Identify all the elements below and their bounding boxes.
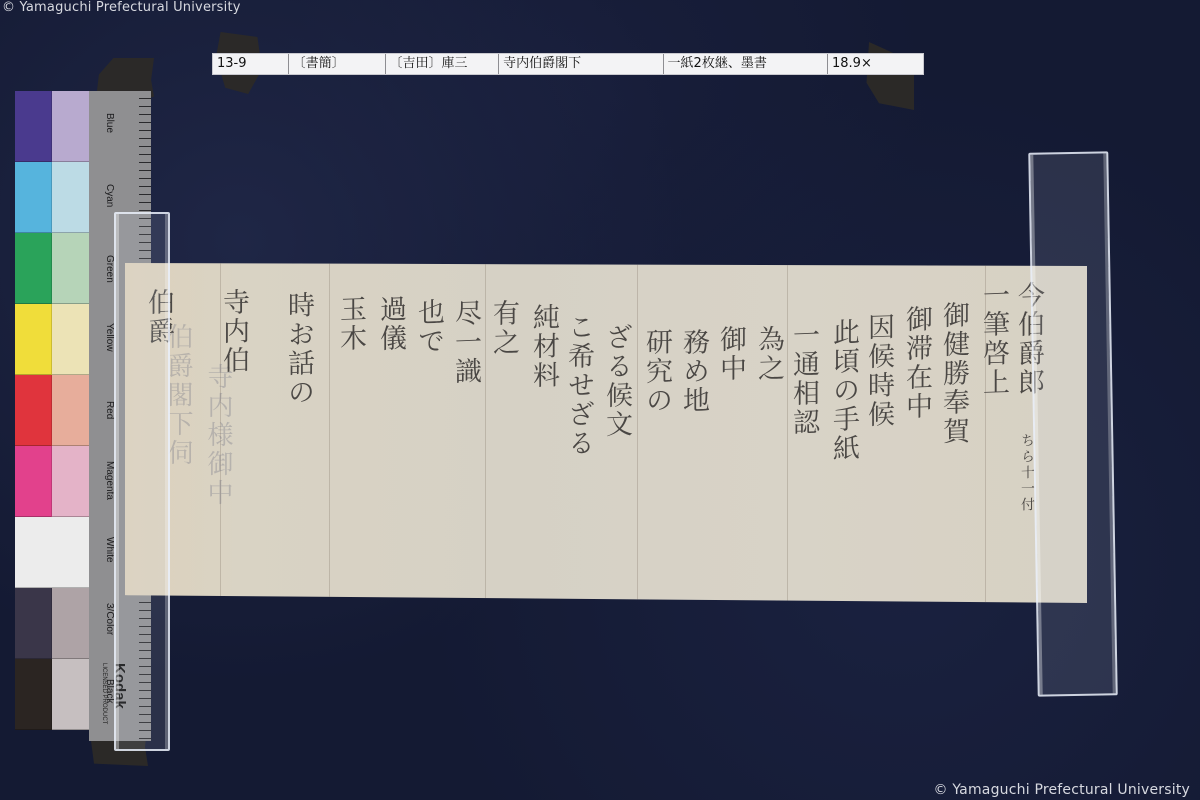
ink-column-13: こ希せざる bbox=[565, 313, 592, 459]
ink-column-21: 寺内伯 bbox=[220, 288, 247, 376]
patch-label-blue: Blue bbox=[87, 113, 115, 133]
ink-column-15: 有之 bbox=[490, 299, 517, 358]
ink-column-20: 時お話の bbox=[285, 291, 312, 408]
ink-column-5: 因候時候 bbox=[865, 313, 892, 430]
kodak-licensed-text: LICENSED PRODUCT bbox=[101, 663, 107, 724]
swatch-red bbox=[15, 375, 90, 446]
ink-column-9: 御中 bbox=[717, 325, 744, 384]
swatch-white bbox=[15, 517, 90, 588]
label-format: 一紙2枚継、墨書 bbox=[664, 54, 828, 74]
label-sender: 〔吉田〕庫三 bbox=[386, 54, 500, 74]
swatch-magenta bbox=[15, 446, 90, 517]
color-calibration-chart bbox=[15, 91, 90, 731]
swatch-blue bbox=[15, 91, 90, 162]
ink-column-11: 研究の bbox=[643, 328, 670, 416]
patch-label-magenta: Magenta bbox=[87, 461, 115, 500]
label-type: 〔書簡〕 bbox=[289, 54, 386, 74]
paper-fold bbox=[329, 263, 330, 603]
patch-label-white: White bbox=[87, 537, 115, 563]
copyright-watermark-bottom: © Yamaguchi Prefectural University bbox=[934, 782, 1191, 798]
ink-column-2: 一筆啓上 bbox=[980, 281, 1007, 398]
ink-column-16: 尽一識 bbox=[452, 299, 479, 387]
ink-column-3: 御健勝奉賀 bbox=[940, 301, 967, 447]
ink-column-7: 一通相認 bbox=[790, 321, 817, 438]
acrylic-weight-left bbox=[114, 212, 170, 751]
ink-column-4: 御滞在中 bbox=[903, 305, 930, 422]
letter-paper: 伯爵閣下伺 寺内様御中 今伯爵郎 ちら十一付 一筆啓上 御健勝奉賀 御滞在中 因… bbox=[125, 263, 1087, 603]
acrylic-weight-right bbox=[1028, 151, 1117, 696]
ink-column-19: 玉木 bbox=[337, 295, 364, 354]
label-id: 13-9 bbox=[213, 54, 289, 74]
ink-column-14: 純材料 bbox=[530, 303, 557, 391]
swatch-yellow bbox=[15, 304, 90, 375]
patch-label-yellow: Yellow bbox=[87, 323, 115, 352]
label-recipient: 寺内伯爵閣下 bbox=[499, 54, 663, 74]
patch-label-red: Red bbox=[87, 401, 115, 419]
swatch-green bbox=[15, 233, 90, 304]
patch-label-green: Green bbox=[87, 255, 115, 283]
catalogue-label: 13-9 〔書簡〕 〔吉田〕庫三 寺内伯爵閣下 一紙2枚継、墨書 18.9× bbox=[212, 53, 924, 75]
ink-column-12: ざる候文 bbox=[603, 323, 630, 440]
patch-label-3color: 3/Color bbox=[87, 603, 115, 635]
ink-column-8: 為之 bbox=[755, 325, 782, 384]
ink-column-1b: ちら十一付 bbox=[1020, 433, 1034, 513]
swatch-black bbox=[15, 659, 90, 730]
show-through-ink: 寺内様御中 bbox=[200, 363, 237, 508]
ink-column-17: 也で bbox=[415, 298, 442, 357]
ink-column-10: 務め地 bbox=[680, 328, 707, 416]
copyright-watermark-top: © Yamaguchi Prefectural University bbox=[2, 0, 241, 15]
label-size: 18.9× bbox=[828, 54, 923, 74]
ink-column-18: 過儀 bbox=[377, 295, 404, 354]
ink-column-6: 此頃の手紙 bbox=[830, 318, 857, 464]
swatch-cyan bbox=[15, 162, 90, 233]
swatch-3color bbox=[15, 588, 90, 659]
paper-fold bbox=[637, 263, 638, 603]
paper-fold bbox=[485, 263, 486, 603]
patch-label-cyan: Cyan bbox=[87, 184, 115, 207]
